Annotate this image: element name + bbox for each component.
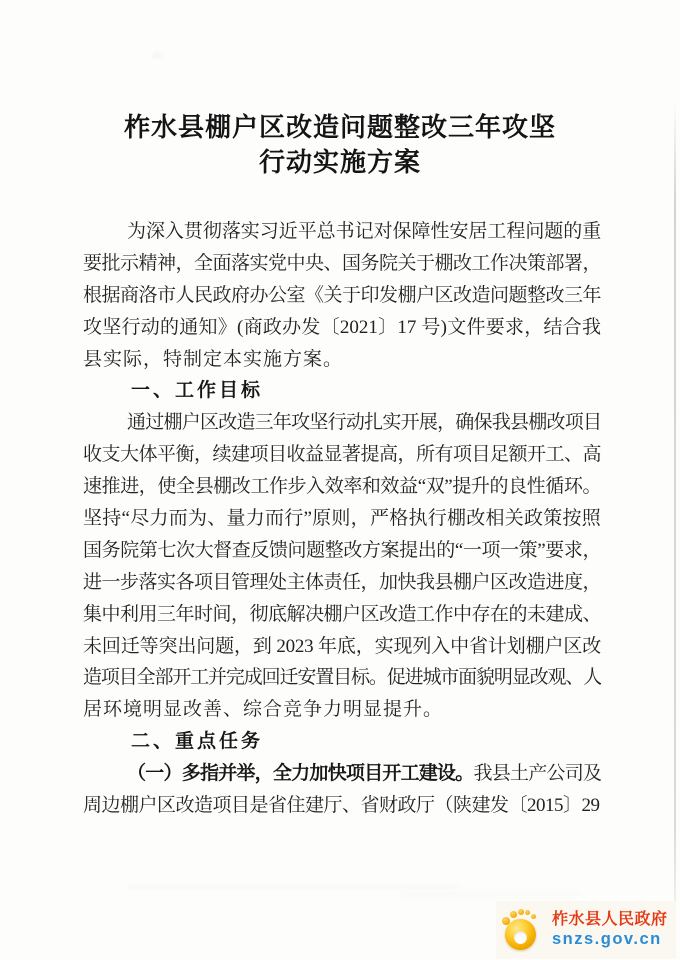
document-page: 柞水县棚户区改造问题整改三年攻坚 行动实施方案 为深入贯彻落实习近平总书记对保障… [0, 0, 680, 960]
scan-smudge [152, 54, 162, 57]
paragraph-line: 县实际，特制定本实施方案。 [83, 344, 601, 376]
page-edge-shadow [674, 100, 676, 955]
paragraph-line: 通过棚户区改造三年攻坚行动扎实开展，确保我县棚改项目 [83, 407, 601, 439]
scan-smudge [128, 886, 458, 888]
paragraph-line: 周边棚户区改造项目是省住建厅、省财政厅（陕建发〔2015〕29 [83, 790, 601, 822]
paragraph-line: 为深入贯彻落实习近平总书记对保障性安居工程问题的重 [83, 216, 601, 248]
section-heading-1: 一、工作目标 [83, 375, 601, 407]
title-line-2: 行动实施方案 [0, 145, 680, 180]
paragraph-line: 进一步落实各项目管理处主体责任，加快我县棚户区改造进度， [83, 567, 601, 599]
title-line-1: 柞水县棚户区改造问题整改三年攻坚 [0, 110, 680, 145]
paragraph-line: 根据商洛市人民政府办公室《关于印发棚户区改造问题整改三年 [83, 280, 601, 312]
paragraph-line: 居环境明显改善、综合竞争力明显提升。 [83, 694, 601, 726]
paragraph-line: 要批示精神，全面落实党中央、国务院关于棚改工作决策部署， [83, 248, 601, 280]
section-heading-2: 二、重点任务 [83, 726, 601, 758]
paragraph-line: 造项目全部开工并完成回迁安置目标。促进城市面貌明显改观、人 [83, 662, 601, 694]
footer-text: 柞水县人民政府 snzs.gov.cn [552, 911, 668, 949]
paragraph-line: 速推进，使全县棚改工作步入效率和效益“双”提升的良性循环。 [83, 471, 601, 503]
paragraph-line: 攻坚行动的通知》(商政办发〔2021〕17 号)文件要求，结合我 [83, 312, 601, 344]
paragraph-line: 集中利用三年时间，彻底解决棚户区改造工作中存在的未建成、 [83, 599, 601, 631]
scan-smudge [400, 893, 580, 895]
document-title: 柞水县棚户区改造问题整改三年攻坚 行动实施方案 [0, 110, 680, 180]
paragraph-line: 收支大体平衡，续建项目收益显著提高，所有项目足额开工、高 [83, 439, 601, 471]
site-url: snzs.gov.cn [552, 930, 668, 949]
footer-logo: 柞水县人民政府 snzs.gov.cn [496, 901, 676, 959]
document-body: 为深入贯彻落实习近平总书记对保障性安居工程问题的重 要批示精神，全面落实党中央、… [83, 216, 601, 822]
footprint-icon [501, 907, 541, 953]
paragraph-line: 坚持“尽力而为、量力而行”原则，严格执行棚改相关政策按照 [83, 503, 601, 535]
list-item-text: 我县土产公司及 [474, 763, 601, 784]
site-name: 柞水县人民政府 [552, 911, 668, 929]
paragraph-line: 国务院第七次大督查反馈问题整改方案提出的“一项一策”要求， [83, 535, 601, 567]
list-item-heading: （一）多指并举，全力加快项目开工建设。 [127, 763, 474, 784]
paragraph-line: 未回迁等突出问题，到 2023 年底，实现列入中省计划棚户区改 [83, 631, 601, 663]
list-item-line: （一）多指并举，全力加快项目开工建设。我县土产公司及 [83, 758, 601, 790]
